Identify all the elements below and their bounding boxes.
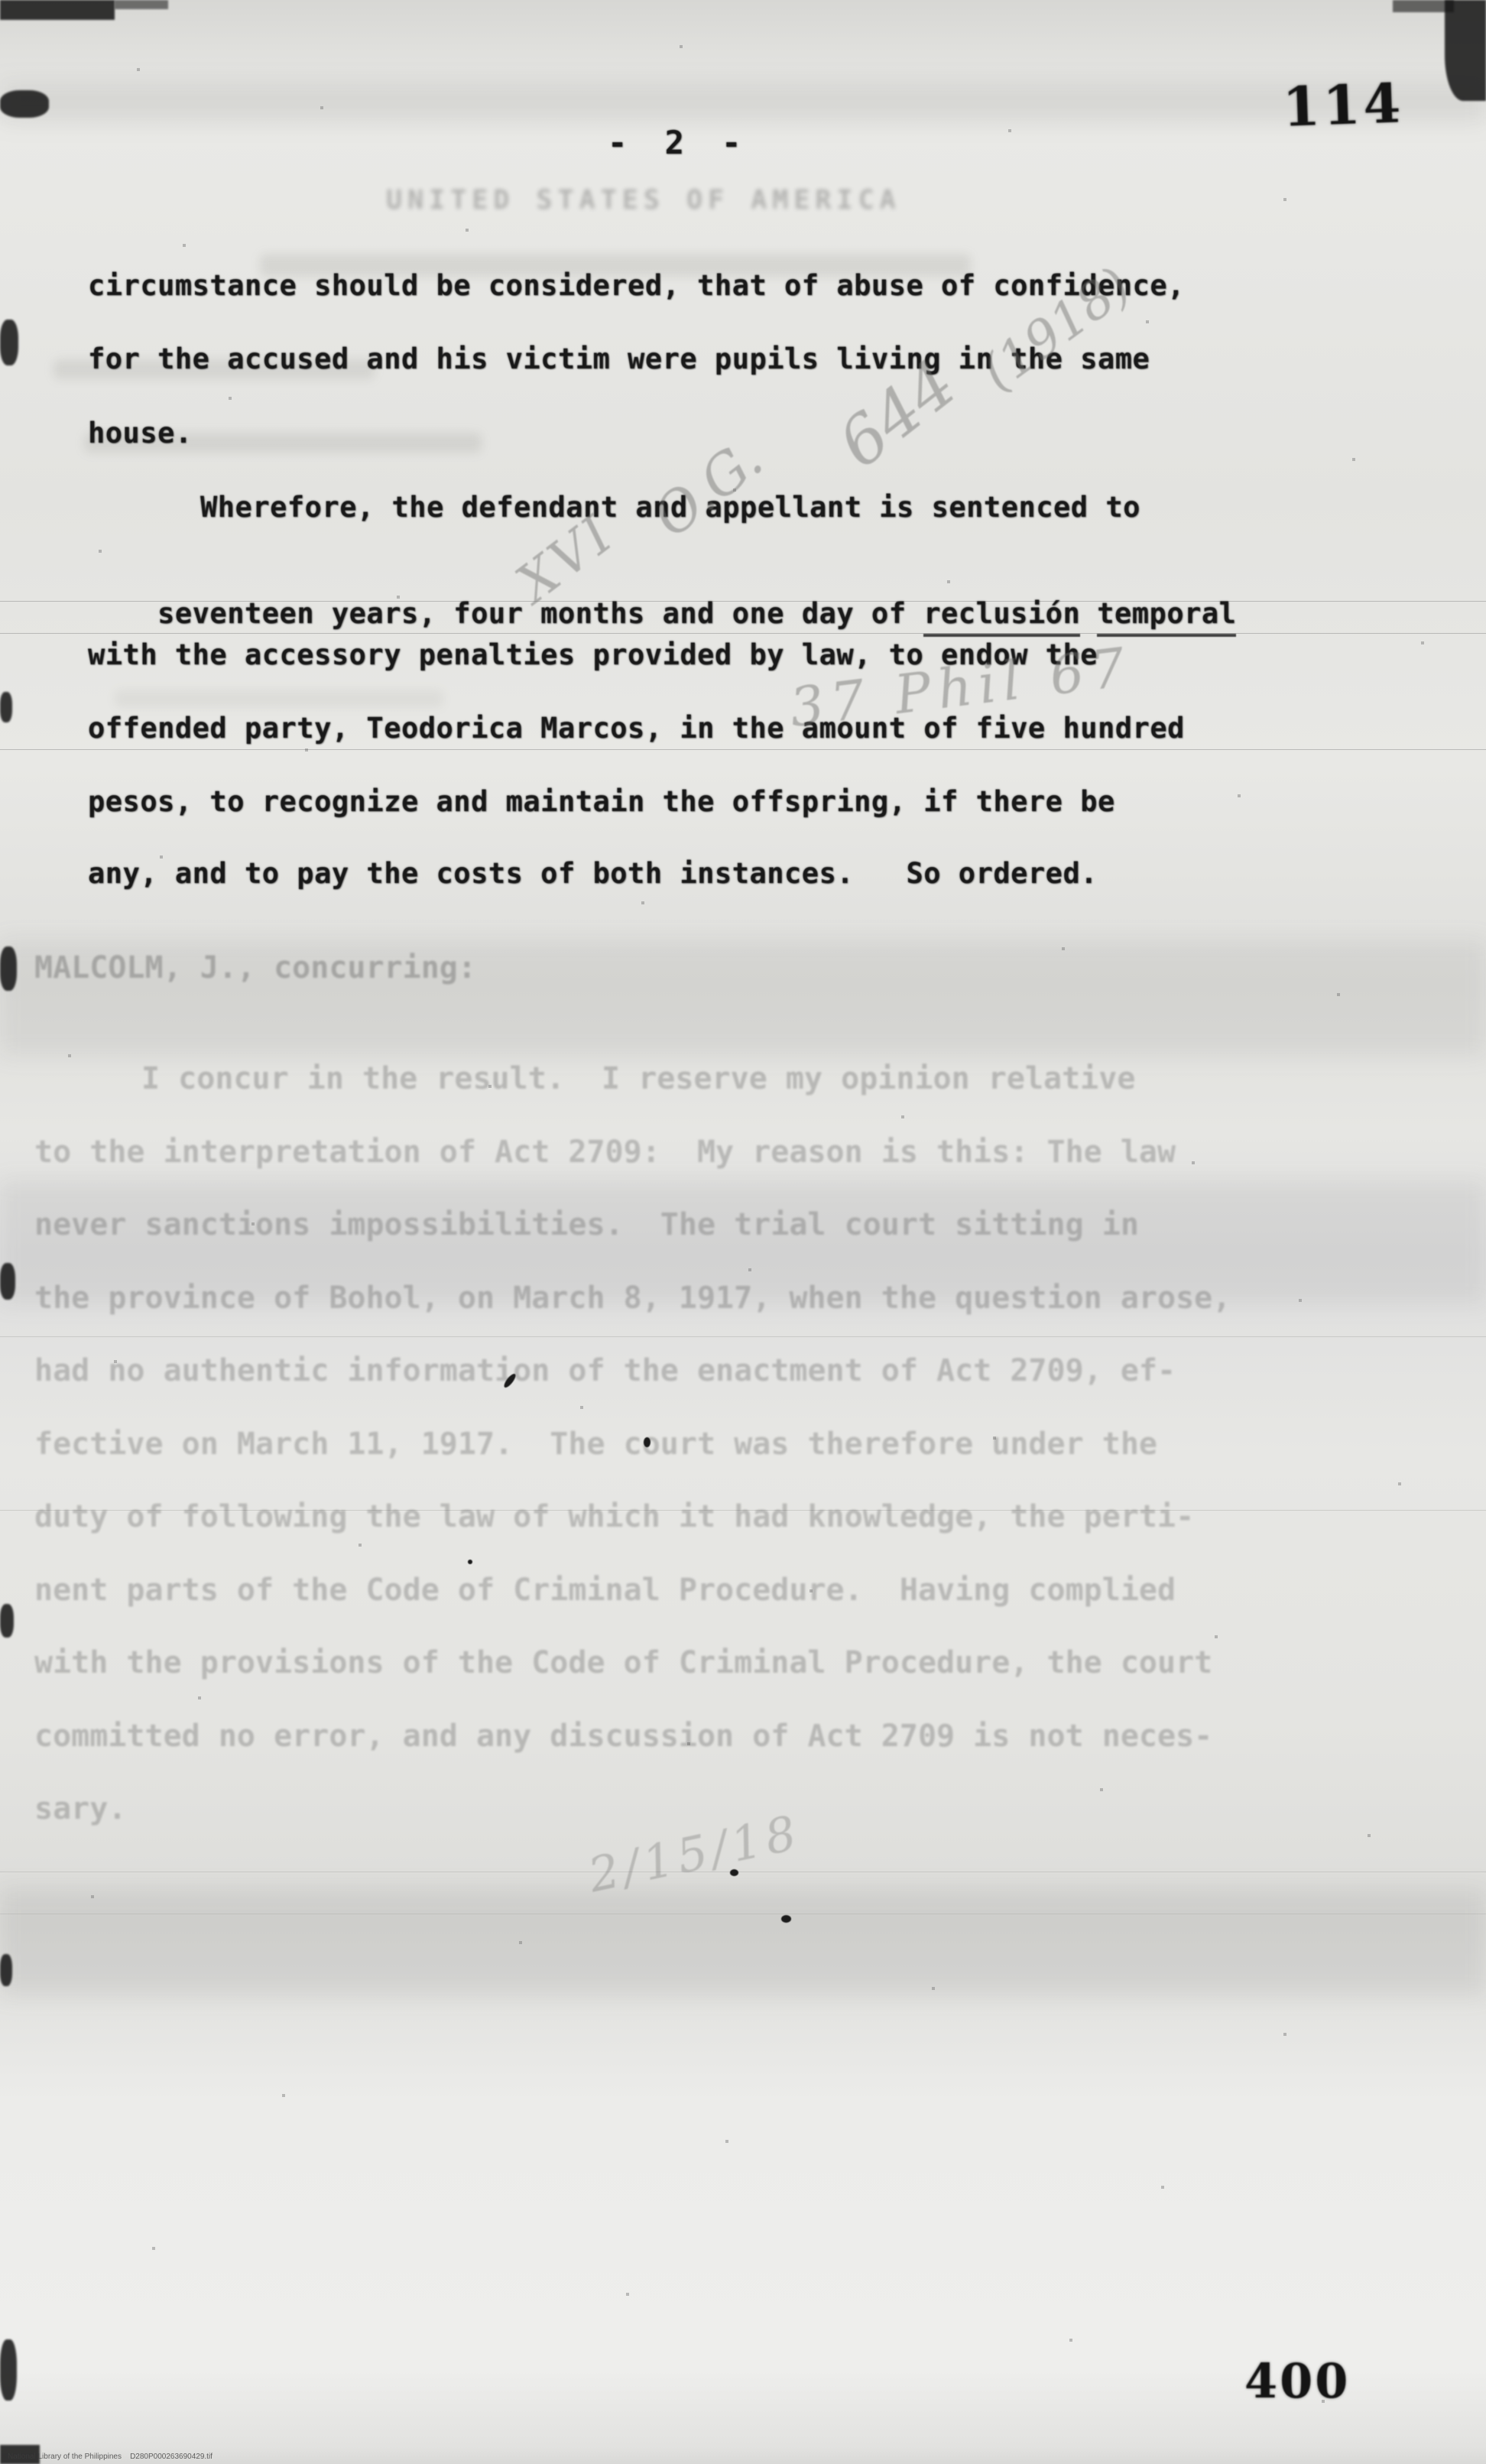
decision-line: circumstance should be considered, that …	[88, 269, 1185, 302]
decision-line: any, and to pay the costs of both instan…	[88, 857, 1098, 890]
shade-band	[0, 1888, 1486, 1995]
edge-artifact	[0, 0, 115, 20]
edge-artifact	[0, 320, 18, 365]
folio-number-bottom: 400	[1244, 2353, 1350, 2409]
concurrence-line: the province of Bohol, on March 8, 1917,…	[34, 1281, 1231, 1316]
edge-artifact	[1445, 0, 1486, 101]
folio-number-top: 114	[1282, 71, 1405, 138]
edge-artifact	[0, 1263, 15, 1300]
ink-dot	[644, 1437, 651, 1447]
ghost-header-line: UNITED STATES OF AMERICA	[386, 185, 901, 216]
underlined-term-temporal: temporal	[1097, 597, 1236, 637]
concurrence-line: committed no error, and any discussion o…	[34, 1719, 1212, 1754]
edge-artifact	[0, 1604, 14, 1638]
concurrence-line: had no authentic information of the enac…	[34, 1353, 1176, 1388]
edge-artifact	[0, 1954, 12, 1986]
ink-dot	[468, 1560, 472, 1564]
decision-line: offended party, Teodorica Marcos, in the…	[88, 712, 1185, 745]
underlined-term-reclusion: reclusión	[923, 597, 1080, 637]
scanned-court-document-page: 114 - 2 - 400 UNITED STATES OF AMERICA c…	[0, 0, 1486, 2464]
concurrence-line: with the provisions of the Code of Crimi…	[34, 1645, 1212, 1680]
concurrence-line: never sanctions impossibilities. The tri…	[34, 1207, 1139, 1242]
concurrence-line: I concur in the result. I reserve my opi…	[141, 1061, 1135, 1096]
concurrence-line: sary.	[34, 1791, 126, 1826]
ink-dot	[781, 1915, 791, 1923]
page-number-label: - 2 -	[608, 124, 750, 161]
scan-footer-label: National Library of the Philippines D280…	[8, 2453, 213, 2461]
edge-artifact	[0, 2339, 17, 2401]
decision-line: pesos, to recognize and maintain the off…	[88, 785, 1115, 818]
edge-artifact	[115, 0, 168, 9]
concurrence-line: to the interpretation of Act 2709: My re…	[34, 1135, 1176, 1170]
concurrence-line: duty of following the law of which it ha…	[34, 1499, 1194, 1534]
pencil-annotation-reporter: O.G.	[641, 426, 774, 550]
shade-band	[0, 83, 1486, 122]
ghost-smudge	[115, 690, 443, 708]
ink-dot	[730, 1869, 738, 1876]
concurrence-line: nent parts of the Code of Criminal Proce…	[34, 1573, 1176, 1608]
edge-artifact	[1393, 0, 1454, 12]
decision-line: house.	[88, 417, 193, 450]
edge-artifact	[0, 946, 17, 991]
scan-streak	[0, 1336, 1486, 1337]
scan-streak	[0, 1914, 1486, 1914]
concurrence-heading: MALCOLM, J., concurring:	[34, 950, 476, 985]
edge-artifact	[0, 90, 49, 118]
edge-artifact	[0, 692, 12, 722]
concurrence-line: fective on March 11, 1917. The court was…	[34, 1427, 1157, 1462]
scan-streak	[0, 749, 1486, 750]
